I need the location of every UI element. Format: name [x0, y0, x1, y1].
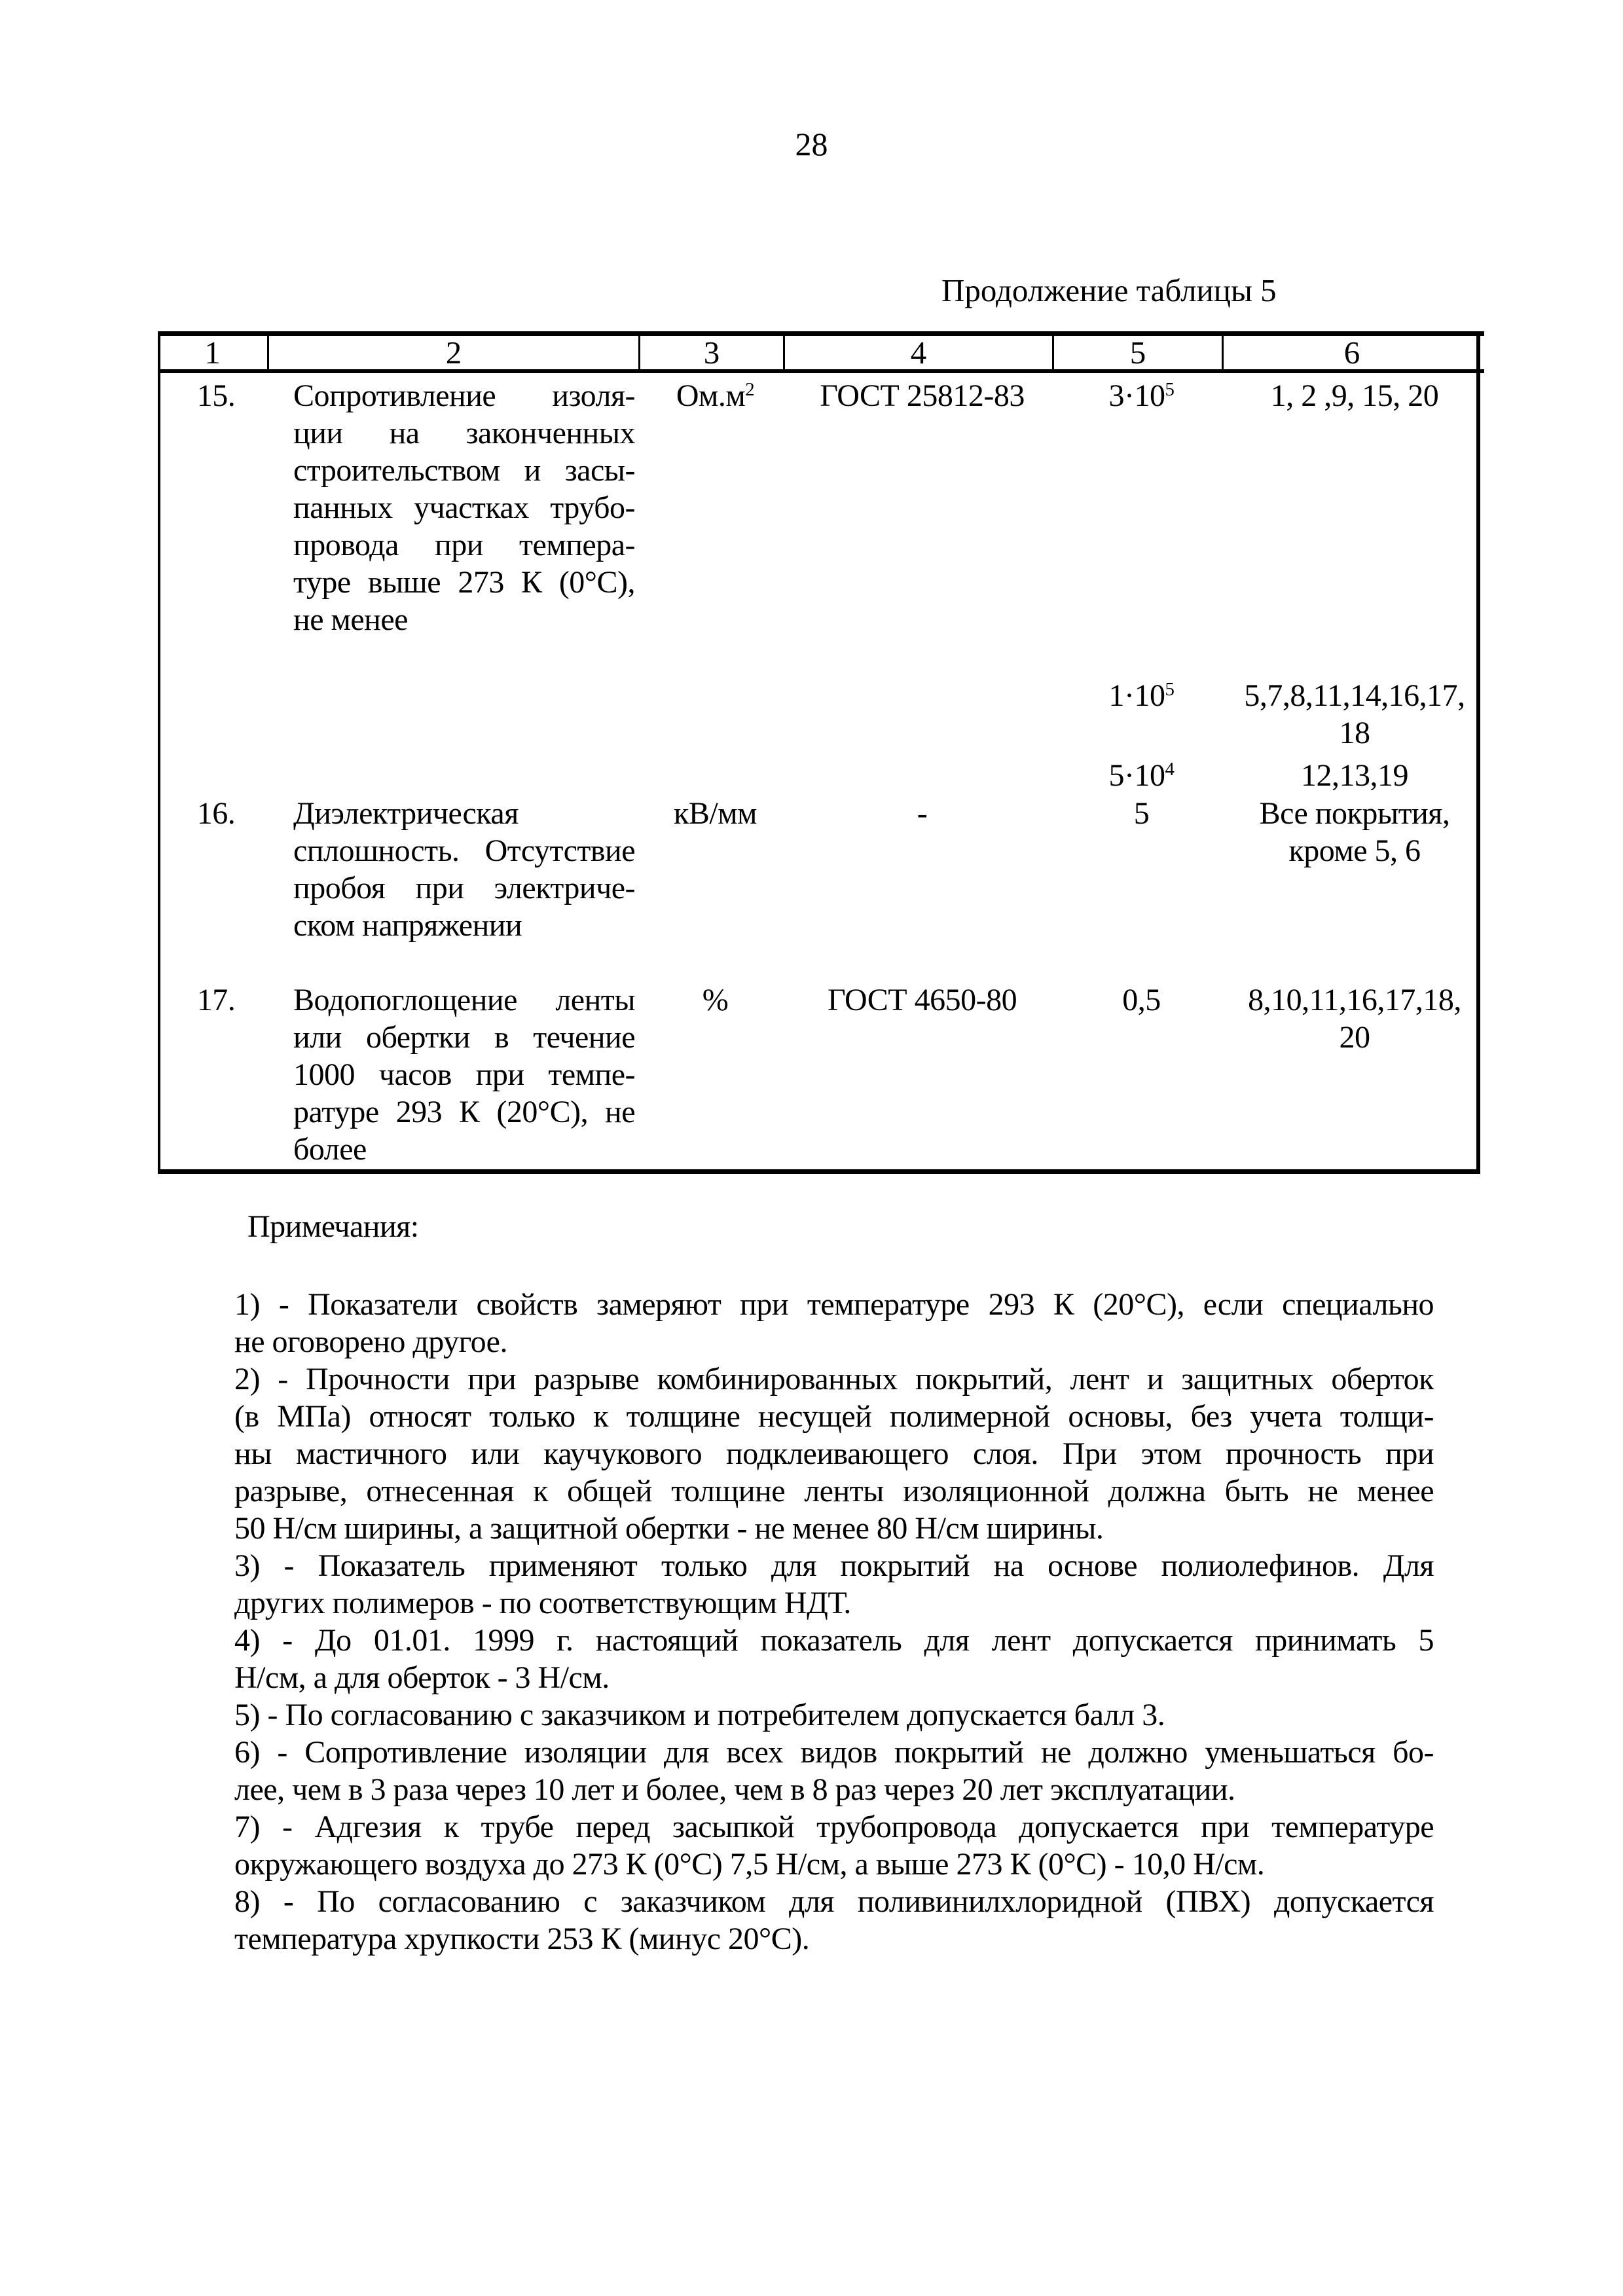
text-line: (в МПа) относят только к толщине несущей…	[234, 1398, 1434, 1435]
text-line: 18	[1226, 714, 1483, 752]
text-line: температура хрупкости 253 К (минус 20°С)…	[234, 1920, 1434, 1958]
text-line: ции на законченных	[293, 414, 635, 452]
row16-number: 16.	[160, 795, 272, 832]
text-line: 1000 часов при темпе-	[293, 1056, 635, 1093]
row15-number: 15.	[160, 377, 272, 414]
text-line: пробоя при электриче-	[293, 869, 635, 907]
row17-number: 17.	[160, 981, 272, 1019]
row16-standard: -	[788, 795, 1057, 832]
text-line: 7) - Адгезия к трубе перед засыпкой труб…	[234, 1808, 1434, 1846]
text-line: ском напряжении	[293, 907, 635, 944]
table-header-col1: 1	[158, 336, 269, 369]
row17-norm-value: 0,5	[1057, 981, 1226, 1019]
note-3: 3) - Показатель применяют только для пок…	[234, 1547, 1434, 1622]
text-line: 12,13,19	[1226, 757, 1483, 794]
text-line: Н/см, а для оберток - 3 Н/см.	[234, 1659, 1434, 1696]
row15-extra1-coatings: 5,7,8,11,14,16,17,18	[1226, 677, 1483, 752]
note-2: 2) - Прочности при разрыве комбинированн…	[234, 1360, 1434, 1547]
page-number: 28	[0, 126, 1623, 163]
row15-value-sup: 5	[1165, 379, 1175, 400]
row16-indicator-name: Диэлектрическаясплошность. Отсутствиепро…	[293, 795, 635, 944]
row15-extra2-value-sup: 4	[1165, 759, 1175, 780]
notes-block: 1) - Показатели свойств замеряют при тем…	[234, 1286, 1434, 1958]
text-line: 50 Н/см ширины, а защитной обертки - не …	[234, 1510, 1434, 1547]
text-line: других полимеров - по соответствующим НД…	[234, 1584, 1434, 1622]
text-line: лее, чем в 3 раза через 10 лет и более, …	[234, 1771, 1434, 1808]
text-line: ратуре 293 К (20°С), не	[293, 1093, 635, 1131]
text-line: провода при темпера-	[293, 526, 635, 564]
text-line: строительством и засы-	[293, 452, 635, 489]
text-line: Сопротивление изоля-	[293, 377, 635, 414]
text-line: ны мастичного или каучукового подклеиваю…	[234, 1435, 1434, 1472]
text-line: сплошность. Отсутствие	[293, 832, 635, 869]
text-line: разрыве, отнесенная к общей толщине лент…	[234, 1472, 1434, 1510]
row17-coatings: 8,10,11,16,17,18,20	[1226, 981, 1483, 1056]
text-line: 6) - Сопротивление изоляции для всех вид…	[234, 1734, 1434, 1771]
text-line: панных участках трубо-	[293, 489, 635, 526]
row15-extra1-value-base: 1·10	[1109, 678, 1165, 713]
text-line: 4) - До 01.01. 1999 г. настоящий показат…	[234, 1622, 1434, 1659]
properties-table: 1 2 3 4 5 6 15. Сопротивление изоля-ции …	[158, 331, 1480, 1174]
text-line: Все покрытия,	[1226, 795, 1483, 832]
document-page: 28 Продолжение таблицы 5 1 2 3 4 5 6 15.…	[0, 0, 1623, 2296]
row17-unit: %	[643, 981, 788, 1019]
row15-extra2-value: 5·104	[1057, 757, 1226, 794]
text-line: 8,10,11,16,17,18,	[1226, 981, 1483, 1019]
note-1: 1) - Показатели свойств замеряют при тем…	[234, 1286, 1434, 1360]
table-header-col5: 5	[1054, 336, 1224, 369]
row15-extra2-coatings: 12,13,19	[1226, 757, 1483, 794]
table-header-col4: 4	[785, 336, 1054, 369]
text-line: 8) - По согласованию с заказчиком для по…	[234, 1883, 1434, 1920]
row15-unit-sup: 2	[745, 379, 754, 400]
text-line: или обертки в течение	[293, 1019, 635, 1056]
text-line: 2) - Прочности при разрыве комбинированн…	[234, 1360, 1434, 1398]
row16-coatings: Все покрытия,кроме 5, 6	[1226, 795, 1483, 869]
note-7: 7) - Адгезия к трубе перед засыпкой труб…	[234, 1808, 1434, 1883]
text-line: Диэлектрическая	[293, 795, 635, 832]
text-line: окружающего воздуха до 273 К (0°С) 7,5 Н…	[234, 1846, 1434, 1883]
text-line: более	[293, 1131, 635, 1168]
text-line: Водопоглощение ленты	[293, 981, 635, 1019]
row17-standard: ГОСТ 4650-80	[788, 981, 1057, 1019]
row15-extra1-value-sup: 5	[1165, 679, 1175, 700]
text-line: 5) - По согласованию с заказчиком и потр…	[234, 1696, 1434, 1734]
text-line: не менее	[293, 601, 635, 638]
row16-unit: кВ/мм	[643, 795, 788, 832]
table-header-col2: 2	[269, 336, 640, 369]
text-line: 5,7,8,11,14,16,17,	[1226, 677, 1483, 714]
row15-extra2-value-base: 5·10	[1109, 758, 1165, 793]
row15-coatings: 1, 2 ,9, 15, 20	[1226, 377, 1483, 414]
table-header-row: 1 2 3 4 5 6	[158, 331, 1484, 373]
text-line: не оговорено другое.	[234, 1323, 1434, 1360]
row15-norm-value: 3·105	[1057, 377, 1226, 414]
row15-unit-base: Ом.м	[676, 378, 745, 413]
note-6: 6) - Сопротивление изоляции для всех вид…	[234, 1734, 1434, 1808]
text-line: 20	[1226, 1019, 1483, 1056]
table-header-col6: 6	[1224, 336, 1480, 369]
text-line: кроме 5, 6	[1226, 832, 1483, 869]
row15-indicator-name: Сопротивление изоля-ции на законченныхст…	[293, 377, 635, 638]
note-5: 5) - По согласованию с заказчиком и потр…	[234, 1696, 1434, 1734]
table-header-col3: 3	[640, 336, 785, 369]
note-8: 8) - По согласованию с заказчиком для по…	[234, 1883, 1434, 1958]
row15-standard: ГОСТ 25812-83	[788, 377, 1057, 414]
text-line: 1) - Показатели свойств замеряют при тем…	[234, 1286, 1434, 1323]
text-line: 3) - Показатель применяют только для пок…	[234, 1547, 1434, 1584]
row15-extra1-value: 1·105	[1057, 677, 1226, 714]
notes-heading: Примечания:	[247, 1208, 419, 1245]
table-caption: Продолжение таблицы 5	[941, 272, 1277, 309]
row17-indicator-name: Водопоглощение лентыили обертки в течени…	[293, 981, 635, 1168]
row15-value-base: 3·10	[1109, 378, 1165, 413]
text-line: туре выше 273 К (0°С),	[293, 564, 635, 601]
row15-unit: Ом.м2	[643, 377, 788, 414]
note-4: 4) - До 01.01. 1999 г. настоящий показат…	[234, 1622, 1434, 1696]
row16-norm-value: 5	[1057, 795, 1226, 832]
